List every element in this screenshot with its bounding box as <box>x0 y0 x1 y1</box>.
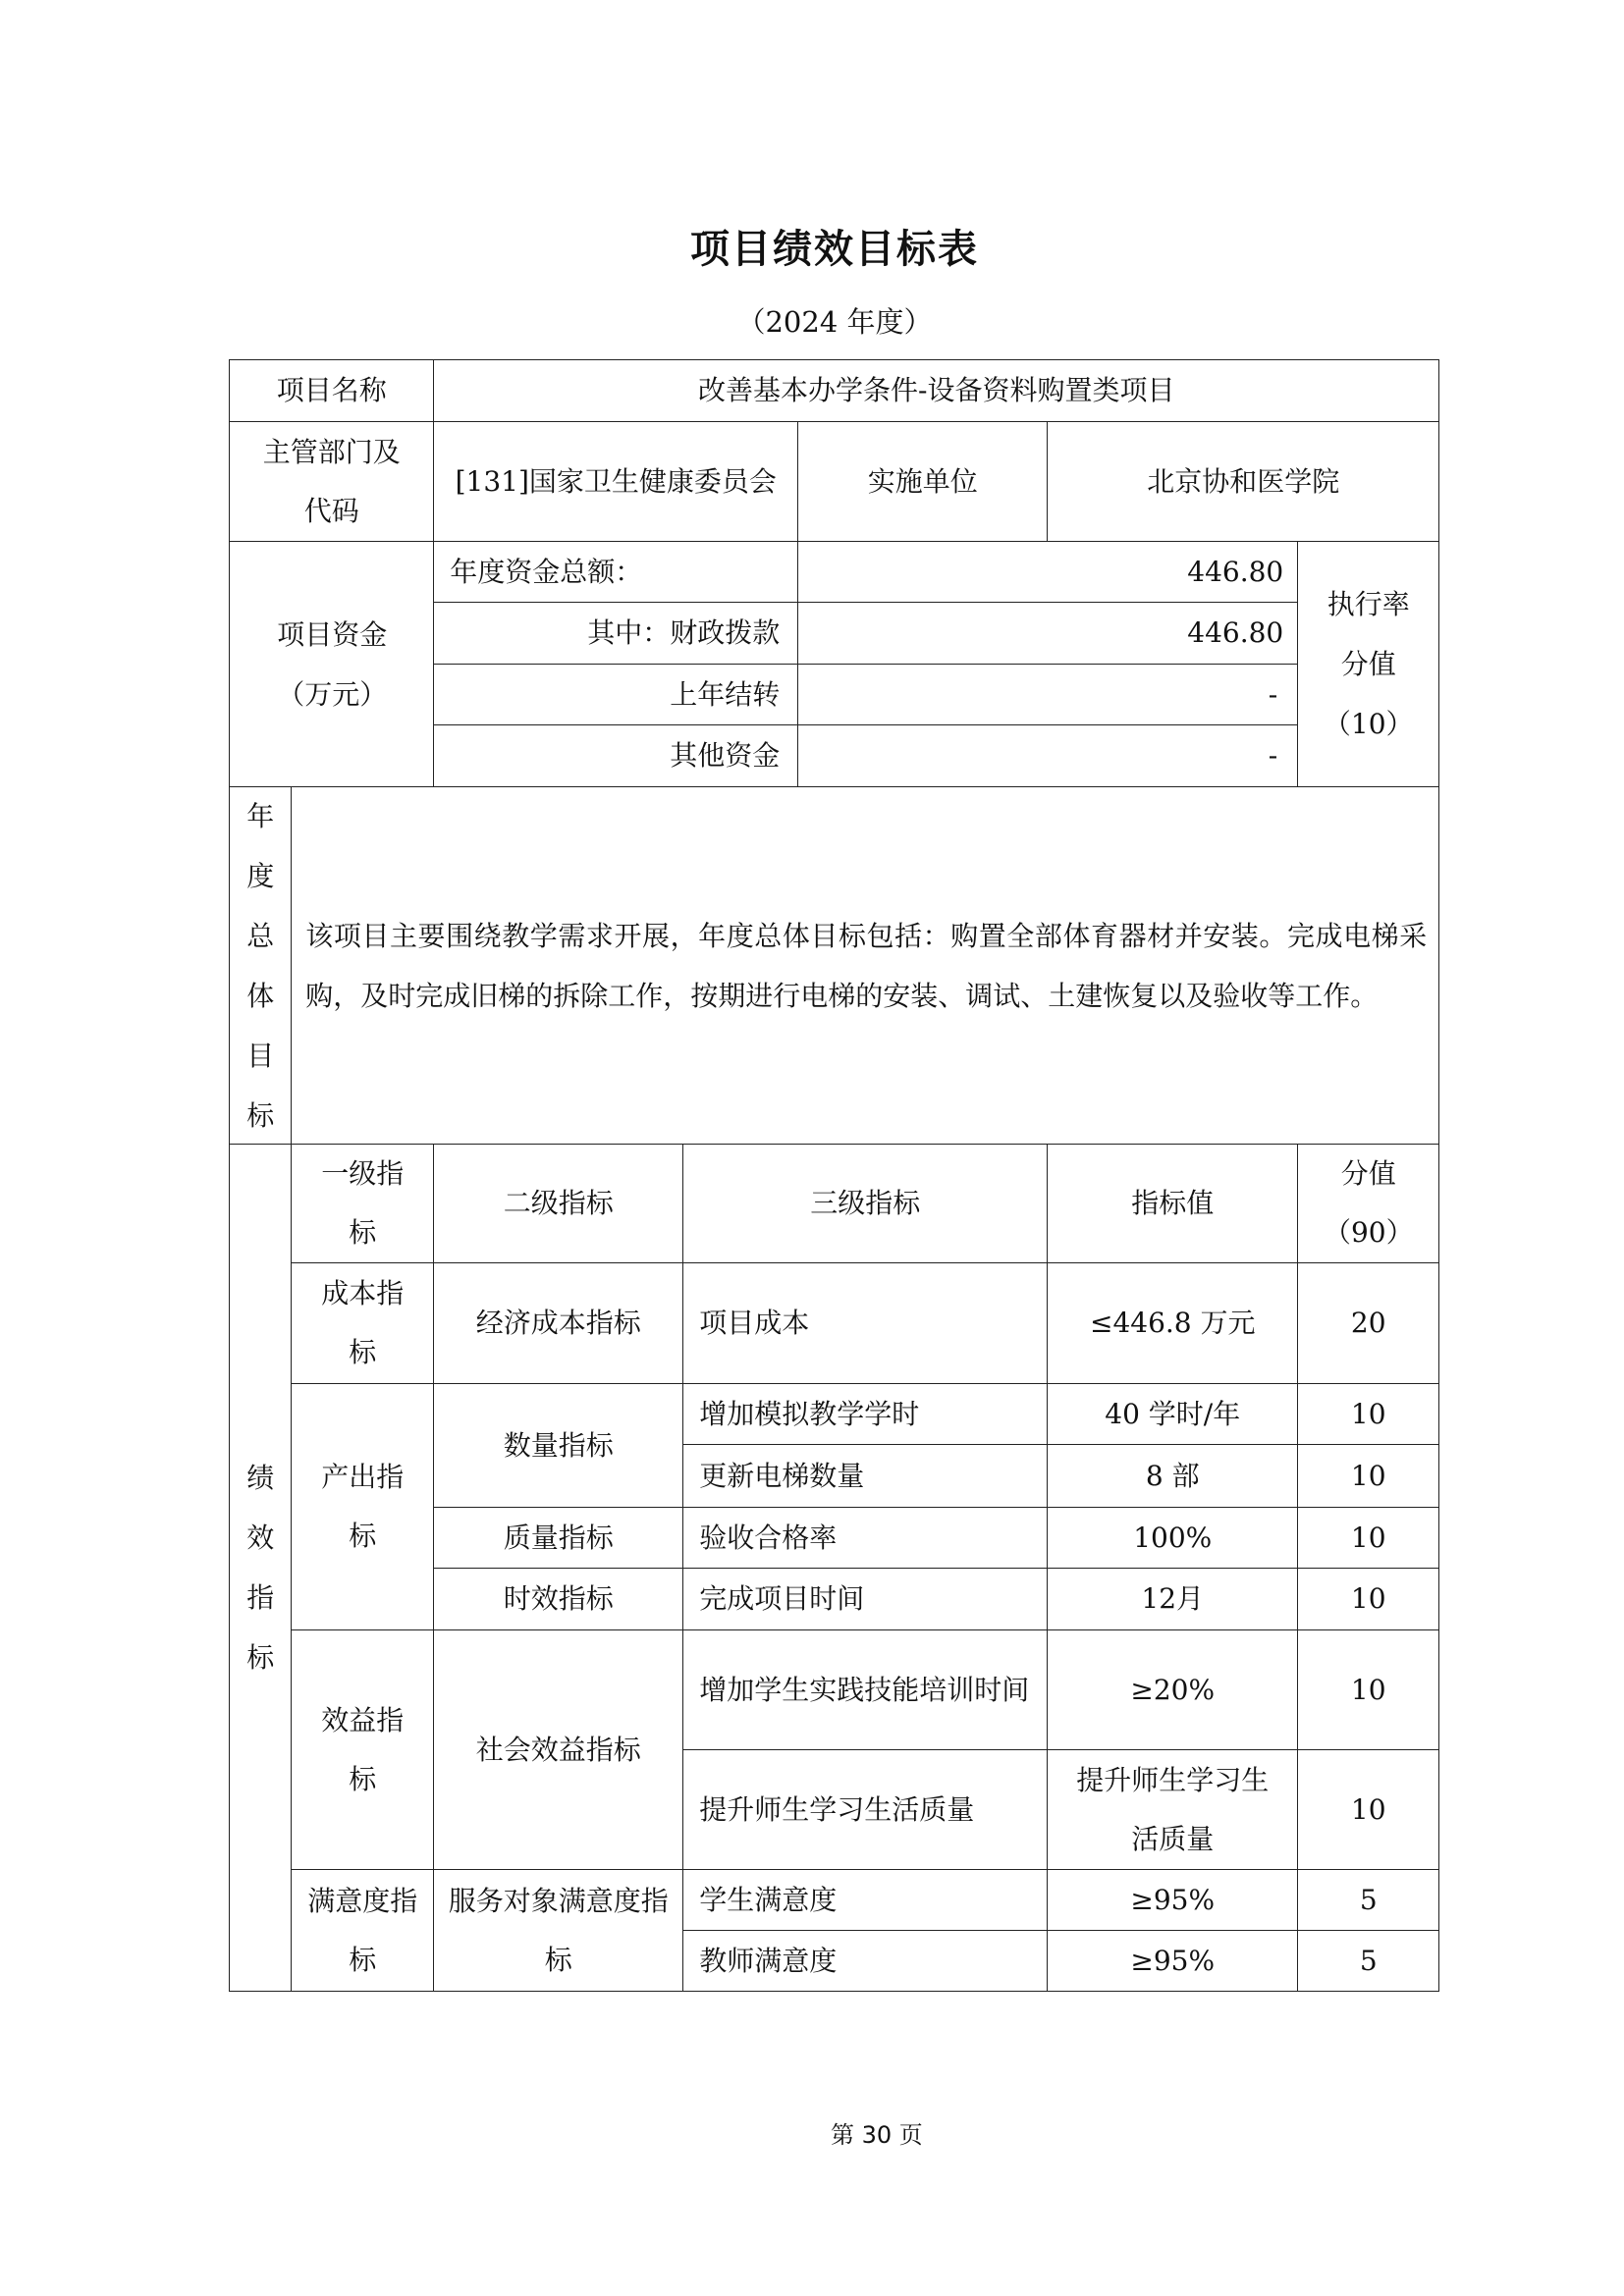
performance-char: 标 <box>246 1628 274 1687</box>
indicator-level3: 增加模拟教学学时 <box>682 1383 1048 1445</box>
impl-unit-label: 实施单位 <box>797 421 1048 542</box>
funding-label-line1: 项目资金 <box>277 605 387 665</box>
indicator-score: 10 <box>1297 1444 1439 1508</box>
page-subtitle-year: （2024 年度） <box>0 300 1624 341</box>
subgroup-timeliness: 时效指标 <box>433 1568 683 1630</box>
project-name-value: 改善基本办学条件-设备资料购置类项目 <box>433 359 1439 422</box>
subgroup-economic-cost: 经济成本指标 <box>433 1262 683 1384</box>
performance-char: 绩 <box>246 1448 274 1508</box>
funding-row-fiscal-value: 446.80 <box>797 602 1298 665</box>
indicator-level3: 完成项目时间 <box>682 1568 1048 1630</box>
header-level3: 三级指标 <box>682 1144 1048 1263</box>
indicator-level3: 提升师生学习生活质量 <box>682 1749 1048 1870</box>
group-benefit: 效益指标 <box>291 1629 434 1870</box>
annual-goal-label: 年 度 总 体 目 标 <box>229 786 292 1145</box>
exec-label-line2: 分值 <box>1341 634 1396 694</box>
header-value: 指标值 <box>1047 1144 1298 1263</box>
indicator-score: 10 <box>1297 1383 1439 1445</box>
annual-goal-char: 度 <box>246 846 274 906</box>
project-name-label: 项目名称 <box>229 359 434 422</box>
funding-row-carryover-value: - <box>797 664 1298 725</box>
performance-section-label: 绩 效 指 标 <box>229 1144 292 1992</box>
indicator-value: ≥95% <box>1047 1869 1298 1931</box>
indicator-value: 提升师生学习生活质量 <box>1047 1749 1298 1870</box>
annual-goal-text: 该项目主要围绕教学需求开展，年度总体目标包括：购置全部体育器材并安装。完成电梯采… <box>291 786 1439 1145</box>
indicator-score: 5 <box>1297 1869 1439 1931</box>
funding-row-total-value: 446.80 <box>797 541 1298 603</box>
annual-goal-char: 总 <box>246 906 274 966</box>
header-level1: 一级指标 <box>291 1144 434 1263</box>
exec-label-line3: （10） <box>1324 694 1414 754</box>
indicator-level3: 学生满意度 <box>682 1869 1048 1931</box>
funding-row-fiscal-label: 其中：财政拨款 <box>433 602 798 665</box>
funding-label: 项目资金 （万元） <box>229 541 434 787</box>
indicator-level3: 验收合格率 <box>682 1507 1048 1569</box>
dept-value: [131]国家卫生健康委员会 <box>433 421 798 542</box>
indicator-value: ≥20% <box>1047 1629 1298 1750</box>
funding-label-line2: （万元） <box>277 665 387 724</box>
annual-goal-char: 体 <box>246 966 274 1026</box>
indicator-value: ≤446.8 万元 <box>1047 1262 1298 1384</box>
page-title: 项目绩效目标表 <box>0 218 1624 274</box>
indicator-score: 10 <box>1297 1507 1439 1569</box>
performance-char: 指 <box>246 1568 274 1628</box>
exec-label-line1: 执行率 <box>1327 574 1410 634</box>
indicator-level3: 增加学生实践技能培训时间 <box>682 1629 1048 1750</box>
indicator-value: 100% <box>1047 1507 1298 1569</box>
funding-row-carryover-label: 上年结转 <box>433 664 798 725</box>
performance-char: 效 <box>246 1508 274 1568</box>
dept-label: 主管部门及代码 <box>229 421 434 542</box>
indicator-value: 8 部 <box>1047 1444 1298 1508</box>
annual-goal-char: 目 <box>246 1026 274 1086</box>
funding-row-total-label: 年度资金总额： <box>433 541 798 603</box>
header-level2: 二级指标 <box>433 1144 683 1263</box>
indicator-level3: 教师满意度 <box>682 1930 1048 1992</box>
indicator-score: 10 <box>1297 1749 1439 1870</box>
subgroup-social-benefit: 社会效益指标 <box>433 1629 683 1870</box>
indicator-level3: 项目成本 <box>682 1262 1048 1384</box>
group-output: 产出指标 <box>291 1383 434 1630</box>
indicator-value: ≥95% <box>1047 1930 1298 1992</box>
indicator-score: 5 <box>1297 1930 1439 1992</box>
indicator-score: 10 <box>1297 1629 1439 1750</box>
annual-goal-char: 标 <box>246 1086 274 1146</box>
subgroup-service-satisfaction: 服务对象满意度指标 <box>433 1869 683 1992</box>
subgroup-quantity: 数量指标 <box>433 1383 683 1508</box>
indicator-value: 12月 <box>1047 1568 1298 1630</box>
funding-row-other-value: - <box>797 724 1298 787</box>
impl-unit-value: 北京协和医学院 <box>1047 421 1439 542</box>
subgroup-quality: 质量指标 <box>433 1507 683 1569</box>
annual-goal-char: 年 <box>246 786 274 846</box>
group-cost: 成本指标 <box>291 1262 434 1384</box>
indicator-score: 10 <box>1297 1568 1439 1630</box>
header-score: 分值（90） <box>1297 1144 1439 1263</box>
page-number: 第 30 页 <box>831 2115 923 2150</box>
indicator-value: 40 学时/年 <box>1047 1383 1298 1445</box>
funding-row-other-label: 其他资金 <box>433 724 798 787</box>
indicator-level3: 更新电梯数量 <box>682 1444 1048 1508</box>
group-satisfaction: 满意度指标 <box>291 1869 434 1992</box>
indicator-score: 20 <box>1297 1262 1439 1384</box>
execution-rate-score-label: 执行率 分值 （10） <box>1297 541 1439 787</box>
